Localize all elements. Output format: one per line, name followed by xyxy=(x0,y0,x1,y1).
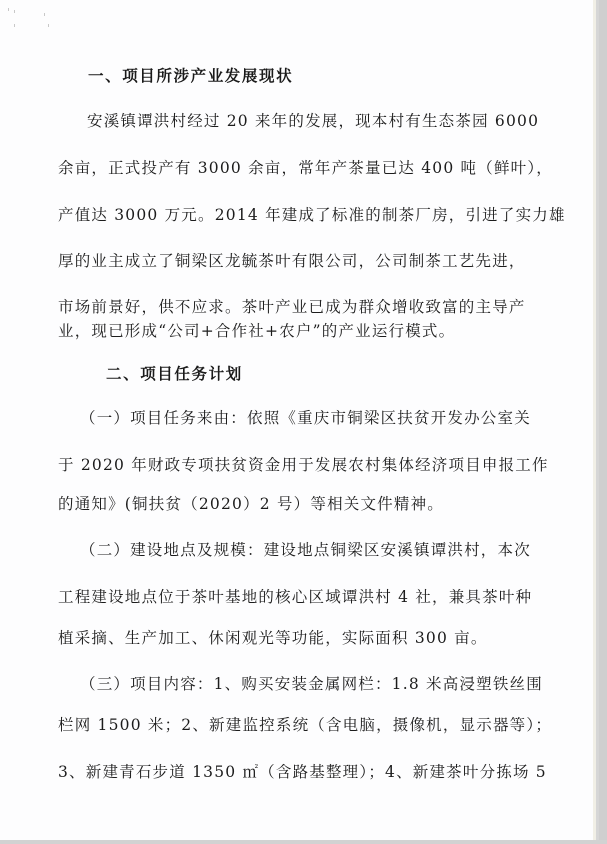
document-viewport: 一、项目所涉产业发展现状 安溪镇谭洪村经过 20 来年的发展，现本村有生态茶园 … xyxy=(0,0,607,844)
paragraph-line: （二）建设地点及规模：建设地点铜梁区安溪镇谭洪村，本次 xyxy=(80,540,531,560)
scan-speck xyxy=(44,13,45,16)
paragraph-line: 栏网 1500 米；2、新建监控系统（含电脑，摄像机，显示器等）； xyxy=(58,715,552,735)
paragraph-line: 于 2020 年财政专项扶贫资金用于发展农村集体经济项目申报工作 xyxy=(58,455,549,475)
paragraph-line: 余亩，正式投产有 3000 余亩，常年产茶量已达 400 吨（鲜叶）， xyxy=(58,158,553,178)
paragraph-line: 市场前景好，供不应求。茶叶产业已成为群众增收致富的主导产 xyxy=(58,297,526,317)
section-heading-1: 一、项目所涉产业发展现状 xyxy=(88,66,293,86)
scan-speck xyxy=(14,10,15,13)
paragraph-line: （三）项目内容：1、购买安装金属网栏：1.8 米高浸塑铁丝围 xyxy=(80,674,543,694)
scan-speck xyxy=(8,8,9,11)
page-bottom-edge xyxy=(0,840,607,844)
paragraph-line: 的通知》(铜扶贫（2020）2 号）等相关文件精神。 xyxy=(58,494,444,514)
paragraph-line: 3、新建青石步道 1350 ㎡（含路基整理）；4、新建茶叶分拣场 5 xyxy=(58,762,547,782)
paragraph-line: 工程建设地点位于茶叶基地的核心区域谭洪村 4 社，兼具茶叶种 xyxy=(58,587,532,607)
paragraph-line: 厚的业主成立了铜梁区龙毓茶叶有限公司，公司制茶工艺先进， xyxy=(58,251,526,271)
page-edge-shadow xyxy=(599,0,607,844)
document-page: 一、项目所涉产业发展现状 安溪镇谭洪村经过 20 来年的发展，现本村有生态茶园 … xyxy=(0,0,596,840)
paragraph-line: （一）项目任务来由：依照《重庆市铜梁区扶贫开发办公室关 xyxy=(80,408,531,428)
section-heading-2: 二、项目任务计划 xyxy=(106,364,243,384)
scan-speck xyxy=(14,24,15,27)
paragraph-line: 安溪镇谭洪村经过 20 来年的发展，现本村有生态茶园 6000 xyxy=(87,111,539,131)
paragraph-line: 产值达 3000 万元。2014 年建成了标准的制茶厂房，引进了实力雄 xyxy=(58,205,566,225)
paragraph-line: 业，现已形成“公司+合作社+农户”的产业运行模式。 xyxy=(58,321,455,341)
paragraph-line: 植采摘、生产加工、休闲观光等功能，实际面积 300 亩。 xyxy=(58,628,488,648)
scan-speck xyxy=(48,24,49,27)
